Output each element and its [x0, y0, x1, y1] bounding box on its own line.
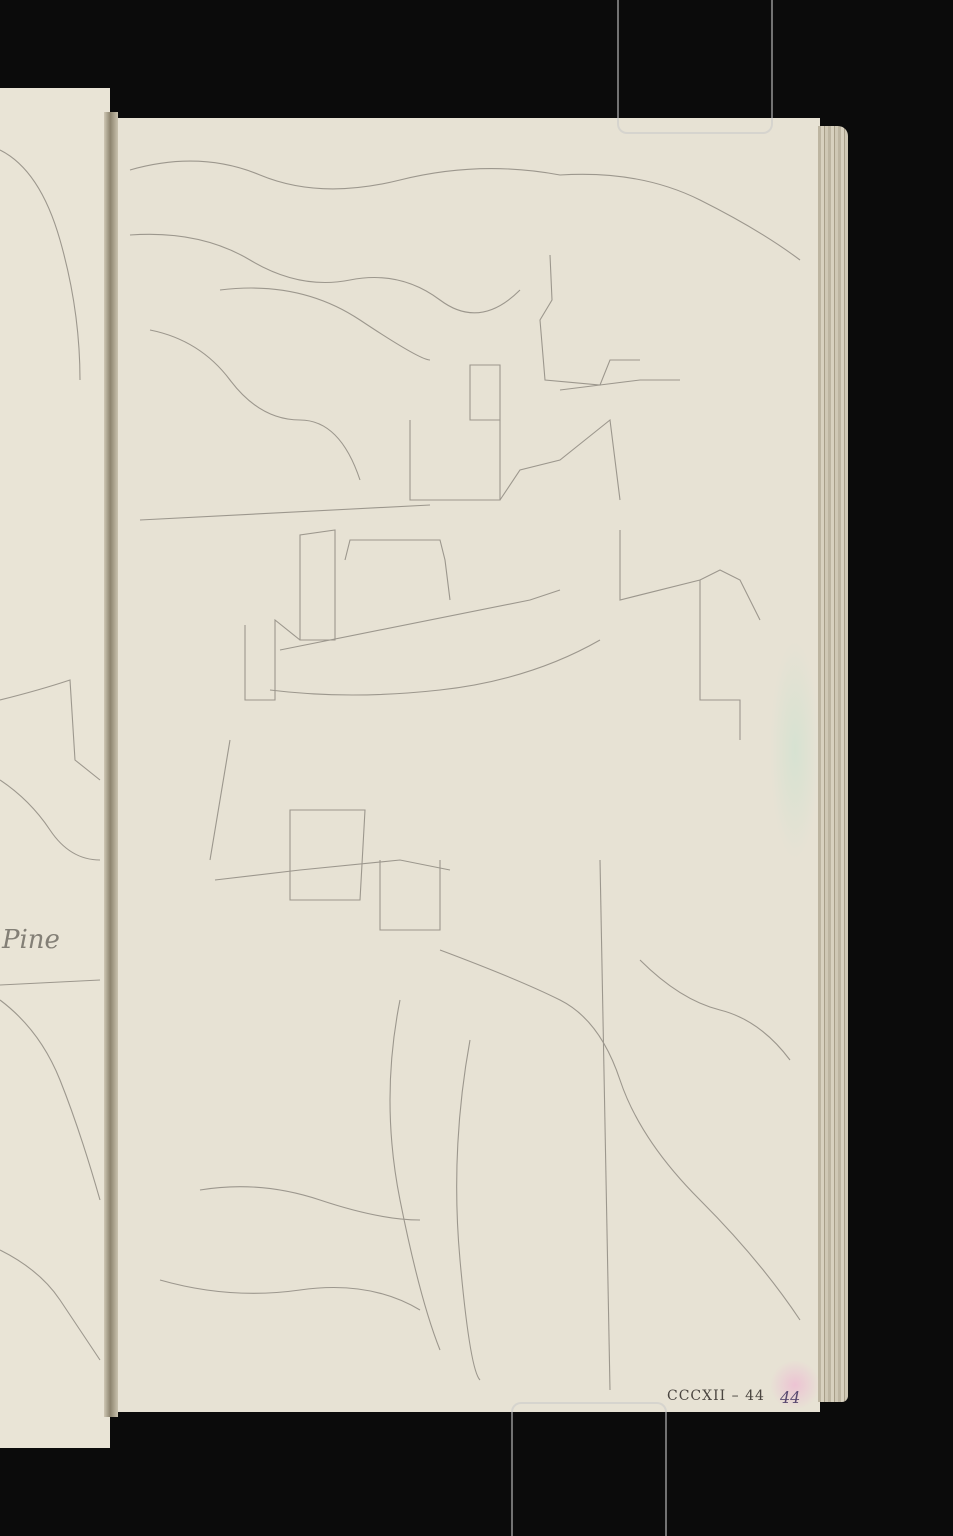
left-page-inscription: Pine: [2, 925, 60, 955]
pencil-sketch: [0, 0, 953, 1536]
top-page-clip: [617, 0, 773, 134]
page-number: 44: [780, 1388, 800, 1407]
bottom-page-clip: [511, 1402, 667, 1536]
sketchbook-photo: Pine CCCXII – 44 44: [0, 0, 953, 1536]
catalog-label: CCCXII – 44: [667, 1388, 765, 1404]
